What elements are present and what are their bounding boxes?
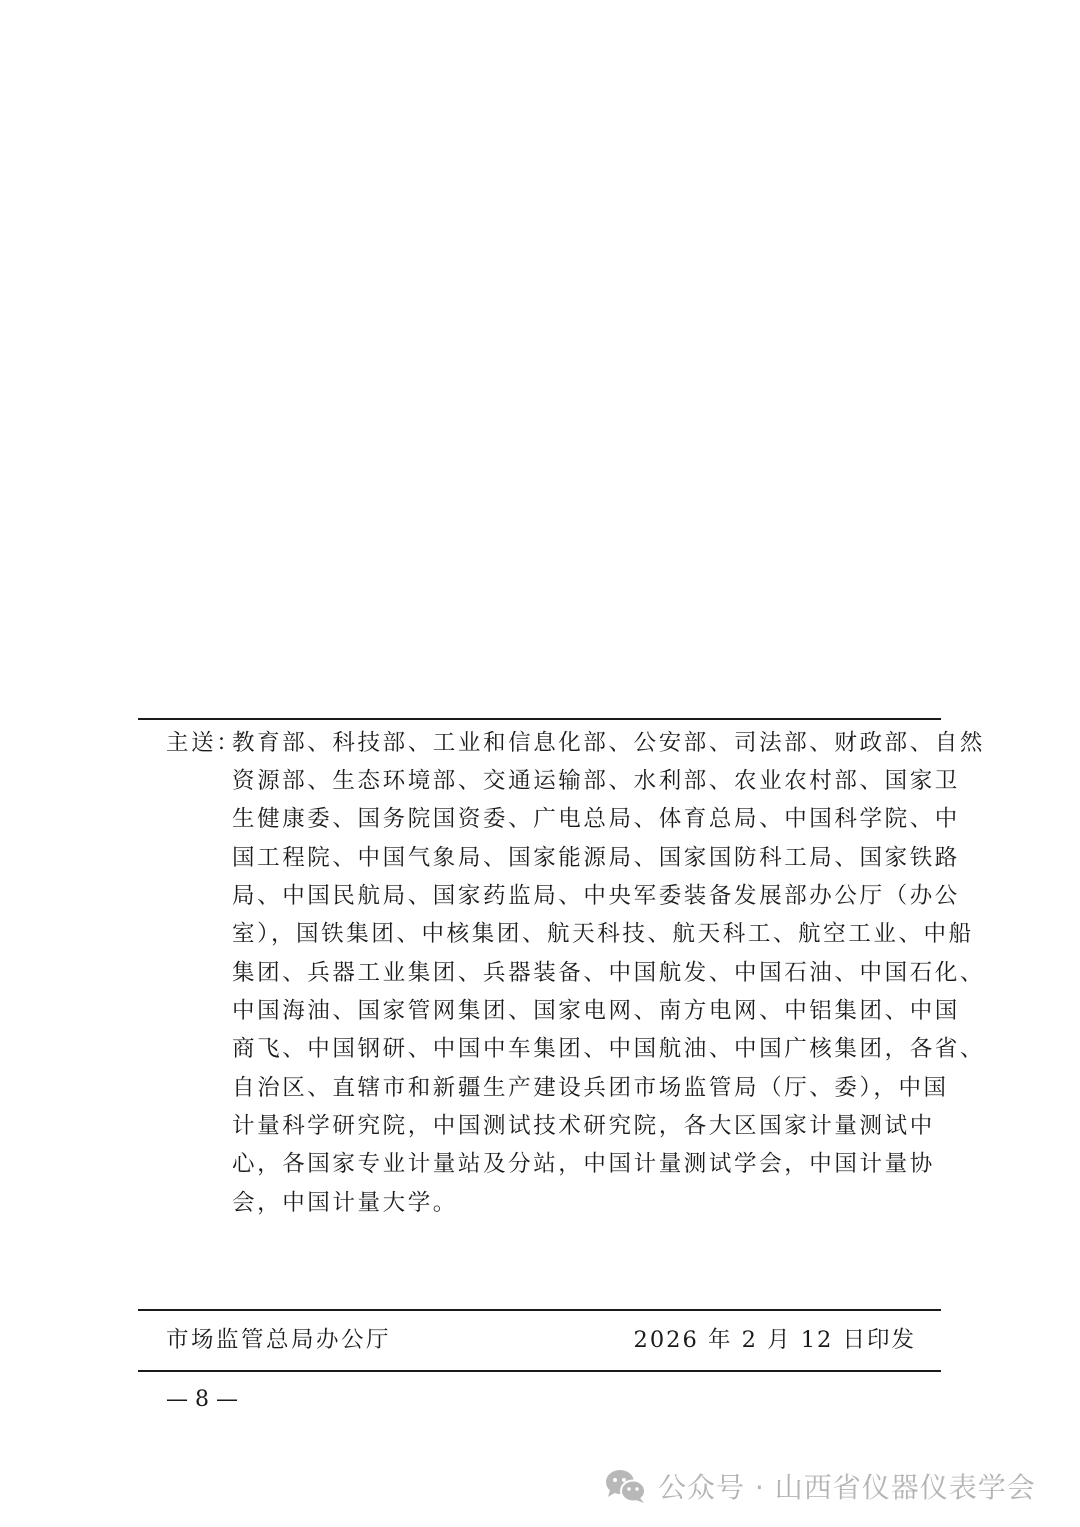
distribution-line: 会，中国计量大学。 [232, 1184, 458, 1222]
issue-date: 2026 年 2 月 12 日印发 [634, 1320, 916, 1360]
bottom-rule-divider [138, 1370, 941, 1372]
distribution-line: 计量科学研究院，中国测试技术研究院，各大区国家计量测试中 [232, 1107, 935, 1145]
watermark: 公众号 · 山西省仪器仪表学会 [604, 1466, 1036, 1506]
distribution-line: 教育部、科技部、工业和信息化部、公安部、司法部、财政部、自然 [232, 724, 985, 762]
issuing-office: 市场监管总局办公厅 [166, 1320, 391, 1360]
distribution-line: 中国海油、国家管网集团、国家电网、南方电网、中铝集团、中国 [232, 992, 960, 1030]
distribution-line: 局、中国民航局、国家药监局、中央军委装备发展部办公厅（办公 [232, 877, 960, 915]
watermark-text: 公众号 · 山西省仪器仪表学会 [658, 1466, 1036, 1506]
distribution-line: 资源部、生态环境部、交通运输部、水利部、农业农村部、国家卫 [232, 762, 960, 800]
distribution-line: 商飞、中国钢研、中国中车集团、中国航油、中国广核集团，各省、 [232, 1030, 985, 1068]
distribution-line: 室），国铁集团、中核集团、航天科技、航天科工、航空工业、中船 [232, 915, 974, 953]
wechat-icon [604, 1468, 648, 1504]
distribution-line: 生健康委、国务院国资委、广电总局、体育总局、中国科学院、中 [232, 800, 960, 838]
distribution-line: 心，各国家专业计量站及分站，中国计量测试学会，中国计量协 [232, 1145, 935, 1183]
page-number: — 8 — [166, 1382, 238, 1418]
distribution-line: 自治区、直辖市和新疆生产建设兵团市场监管局（厅、委），中国 [232, 1069, 949, 1107]
distribution-line: 集团、兵器工业集团、兵器装备、中国航发、中国石油、中国石化、 [232, 954, 985, 992]
distribution-line: 国工程院、中国气象局、国家能源局、国家国防科工局、国家铁路 [232, 839, 960, 877]
distribution-label: 主送： [166, 724, 241, 762]
middle-rule-divider [138, 1309, 941, 1311]
document-page: 主送： 教育部、科技部、工业和信息化部、公安部、司法部、财政部、自然 资源部、生… [0, 0, 1080, 1527]
top-rule-divider [138, 718, 941, 720]
